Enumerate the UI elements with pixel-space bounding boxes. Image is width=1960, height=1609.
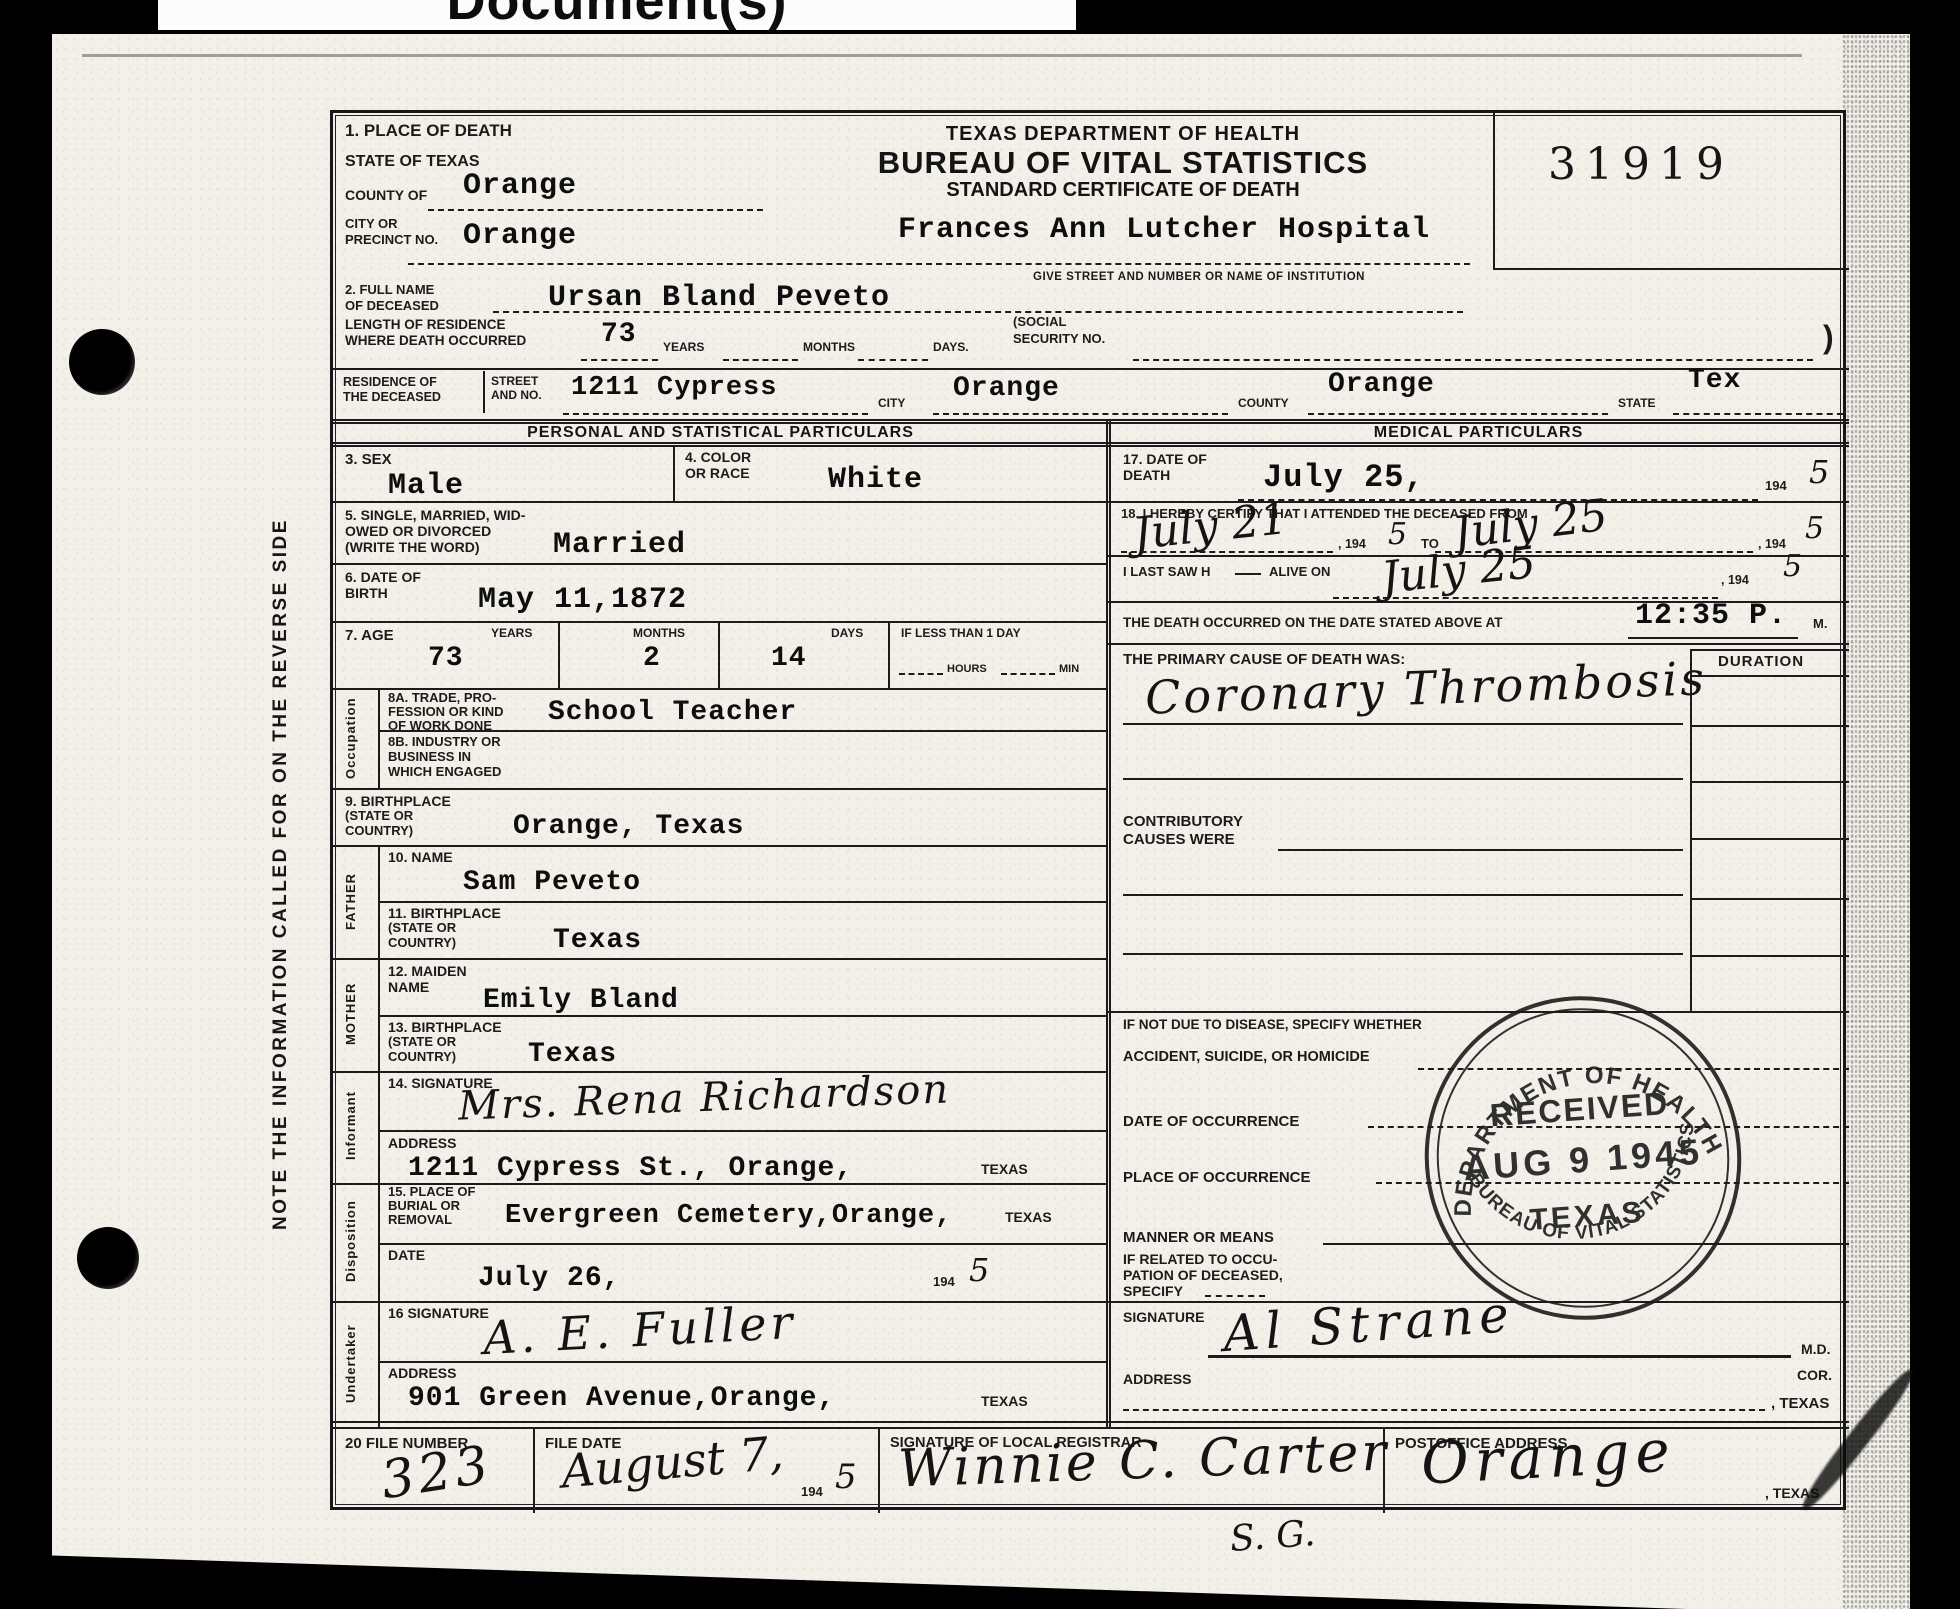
rule xyxy=(333,845,1108,847)
rule xyxy=(1690,898,1849,900)
footer-divider-1 xyxy=(533,1429,535,1513)
lor-dash-2 xyxy=(723,359,798,361)
occurred-time: 12:35 P. xyxy=(1635,599,1787,633)
title-dept: TEXAS DEPARTMENT OF HEALTH xyxy=(763,123,1483,146)
related-label-3: SPECIFY xyxy=(1123,1283,1183,1299)
color-label-1: 4. COLOR xyxy=(685,449,751,465)
occurred-label: THE DEATH OCCURRED ON THE DATE STATED AB… xyxy=(1123,615,1503,631)
institution-caption: GIVE STREET AND NUMBER OR NAME OF INSTIT… xyxy=(1033,271,1365,284)
dod-year-printed: 194 xyxy=(1765,479,1787,494)
rule xyxy=(1278,849,1683,851)
social-label-2: SECURITY NO. xyxy=(1013,332,1105,347)
res-county-value: Orange xyxy=(1328,369,1435,400)
rule xyxy=(378,1243,1108,1245)
hole-punch-top xyxy=(69,329,135,395)
lastsaw-year-printed: , 194 xyxy=(1721,573,1749,587)
dod-label-2: DEATH xyxy=(1123,467,1170,483)
burial-value: Evergreen Cemetery,Orange, xyxy=(505,1201,952,1231)
marital-value: Married xyxy=(553,528,686,562)
dob-value: May 11,1872 xyxy=(478,583,687,617)
maiden-label-2: NAME xyxy=(388,979,429,995)
rule xyxy=(378,901,1108,903)
birthplace-label-3: COUNTRY) xyxy=(345,824,413,839)
marital-label-1: 5. SINGLE, MARRIED, WID- xyxy=(345,507,525,523)
street-underline xyxy=(563,413,868,415)
tab-informant: Informant xyxy=(343,1073,375,1179)
father-bp-label-3: COUNTRY) xyxy=(388,936,456,951)
county-underline xyxy=(428,209,763,211)
undertaker-addr-value: 901 Green Avenue,Orange, xyxy=(408,1383,835,1414)
birthplace-label-2: (STATE OR xyxy=(345,809,413,824)
related-label-1: IF RELATED TO OCCU- xyxy=(1123,1251,1277,1267)
res-state-value: Tex xyxy=(1688,365,1741,396)
residence-label-1: RESIDENCE OF xyxy=(343,375,437,389)
color-label-2: OR RACE xyxy=(685,465,750,481)
file-date-year-printed: 194 xyxy=(801,1485,823,1500)
tab-occupation: Occupation xyxy=(343,691,375,785)
birthplace-label-1: 9. BIRTHPLACE xyxy=(345,793,451,809)
scan-grain-band xyxy=(1842,34,1910,1609)
cor-label: COR. xyxy=(1797,1367,1832,1383)
md-label: M.D. xyxy=(1801,1341,1831,1357)
industry-label-1: 8B. INDUSTRY OR xyxy=(388,735,501,750)
specify-underline xyxy=(1205,1295,1265,1297)
informant-addr-texas: TEXAS xyxy=(981,1161,1028,1177)
lor-dash-3 xyxy=(858,359,928,361)
birthplace-value: Orange, Texas xyxy=(513,811,744,842)
street-label-1: STREET xyxy=(491,375,538,389)
industry-label-3: WHICH ENGAGED xyxy=(388,765,501,780)
rule xyxy=(1690,955,1849,957)
registrar-signature: Winnie C. Carter xyxy=(897,1422,1390,1499)
to-year-hand: 5 xyxy=(1805,511,1824,546)
age-divider-1 xyxy=(558,621,560,688)
physician-sig-label: SIGNATURE xyxy=(1123,1309,1204,1325)
fullname-label-2: OF DECEASED xyxy=(345,299,439,314)
manner-label: MANNER OR MEANS xyxy=(1123,1229,1274,1246)
rule xyxy=(1123,778,1683,780)
mother-bp-label-1: 13. BIRTHPLACE xyxy=(388,1019,502,1035)
sex-label: 3. SEX xyxy=(345,451,392,468)
duration-box-top xyxy=(1690,649,1849,651)
days-label: DAYS. xyxy=(933,341,969,355)
county-value: Orange xyxy=(463,169,577,203)
accident-label: ACCIDENT, SUICIDE, OR HOMICIDE xyxy=(1123,1049,1370,1066)
dod-year-hand: 5 xyxy=(1809,453,1829,491)
residence-tick xyxy=(483,371,485,413)
received-stamp: DEPARTMENT OF HEALTH BUREAU OF VITAL STA… xyxy=(1413,988,1753,1328)
mother-bp-value: Texas xyxy=(528,1039,617,1070)
dateocc-label: DATE OF OCCURRENCE xyxy=(1123,1113,1299,1130)
section-band: PERSONAL AND STATISTICAL PARTICULARS MED… xyxy=(333,419,1849,447)
length-residence-value: 73 xyxy=(601,319,637,350)
age-months-value: 2 xyxy=(643,643,661,674)
rule xyxy=(378,1130,1108,1132)
age-days-value: 14 xyxy=(771,643,807,674)
medical-section-title: MEDICAL PARTICULARS xyxy=(1108,424,1849,442)
marital-label-3: (WRITE THE WORD) xyxy=(345,539,480,555)
contributory-label-1: CONTRIBUTORY xyxy=(1123,813,1243,830)
mother-bp-label-2: (STATE OR xyxy=(388,1035,456,1050)
hole-punch-bottom xyxy=(77,1227,139,1289)
tab-mother: MOTHER xyxy=(343,961,375,1067)
father-bp-value: Texas xyxy=(553,925,642,956)
rule xyxy=(1123,894,1683,896)
dob-label-1: 6. DATE OF xyxy=(345,569,421,585)
occurred-underline xyxy=(1628,637,1798,639)
street-value: 1211 Cypress xyxy=(571,373,777,403)
age-less-label: IF LESS THAN 1 DAY xyxy=(901,627,1021,641)
tab-strip-rule-1 xyxy=(378,688,380,788)
min-label: MIN xyxy=(1059,663,1079,676)
title-bureau: BUREAU OF VITAL STATISTICS xyxy=(763,145,1483,181)
rule xyxy=(1690,725,1849,727)
rule xyxy=(1123,953,1683,955)
top-banner: Document(s) xyxy=(158,0,1076,30)
burial-texas: TEXAS xyxy=(1005,1209,1052,1225)
rule xyxy=(333,621,1108,623)
rule xyxy=(333,563,1108,565)
dod-value: July 25, xyxy=(1263,459,1425,496)
res-city-label: CITY xyxy=(878,397,905,411)
undertaker-addr-texas: TEXAS xyxy=(981,1393,1028,1409)
title-standard: STANDARD CERTIFICATE OF DEATH xyxy=(763,179,1483,202)
age-divider-2 xyxy=(718,621,720,688)
dod-label-1: 17. DATE OF xyxy=(1123,451,1207,467)
column-divider xyxy=(1106,419,1111,1429)
rule xyxy=(333,1071,1108,1073)
ssn-underline xyxy=(1133,359,1813,361)
fullname-value: Ursan Bland Peveto xyxy=(548,281,890,315)
res-city-value: Orange xyxy=(953,373,1060,404)
institution-value: Frances Ann Lutcher Hospital xyxy=(898,213,1430,247)
length-residence-label-1: LENGTH OF RESIDENCE xyxy=(345,317,506,333)
physician-texas-label: , TEXAS xyxy=(1771,1395,1829,1412)
residence-label-2: THE DECEASED xyxy=(343,390,441,404)
rule xyxy=(1690,781,1849,783)
hours-label: HOURS xyxy=(947,663,987,676)
res-state-underline xyxy=(1673,413,1843,415)
sex-value: Male xyxy=(388,469,464,503)
res-state-label: STATE xyxy=(1618,397,1656,411)
maiden-label-1: 12. MAIDEN xyxy=(388,963,467,979)
father-name-label: 10. NAME xyxy=(388,849,453,865)
county-of-label: COUNTY OF xyxy=(345,187,427,203)
informant-signature: Mrs. Rena Richardson xyxy=(457,1066,950,1129)
trade-label-3: OF WORK DONE xyxy=(388,719,492,734)
social-paren-close: ) xyxy=(1823,319,1834,356)
placeocc-label: PLACE OF OCCURRENCE xyxy=(1123,1169,1311,1186)
certno-box-left-rule xyxy=(1493,113,1495,268)
to-year-printed: , 194 xyxy=(1758,537,1786,551)
city-value: Orange xyxy=(463,219,577,253)
social-label-1: (SOCIAL xyxy=(1013,315,1066,330)
tab-strip-rule-2 xyxy=(378,845,380,1429)
burial-label-3: REMOVAL xyxy=(388,1213,452,1228)
certno-box-bottom-rule xyxy=(1493,268,1849,270)
duration-label: DURATION xyxy=(1718,653,1804,670)
undertaker-signature: A. E. Fuller xyxy=(482,1295,798,1365)
age-divider-3 xyxy=(888,621,890,688)
m-label: M. xyxy=(1813,617,1827,632)
file-date-year-hand: 5 xyxy=(835,1457,857,1497)
fullname-underline xyxy=(493,311,1463,313)
res-county-label: COUNTY xyxy=(1238,397,1289,411)
lastsaw-year-hand: 5 xyxy=(1783,549,1802,584)
rule xyxy=(333,788,1108,790)
burial-year-printed: 194 xyxy=(933,1275,955,1290)
dob-label-2: BIRTH xyxy=(345,585,388,601)
tab-disposition: Disposition xyxy=(343,1185,375,1297)
street-label-2: AND NO. xyxy=(491,389,542,403)
age-days-label: DAYS xyxy=(831,627,863,641)
rule xyxy=(1108,643,1849,645)
lastsaw-dash xyxy=(1235,573,1261,575)
banner-label: Document(s) xyxy=(158,0,1076,30)
length-residence-label-2: WHERE DEATH OCCURRED xyxy=(345,333,526,349)
physician-sig-underline xyxy=(1208,1355,1791,1358)
city-underline xyxy=(408,263,1470,265)
tab-undertaker: Undertaker xyxy=(343,1303,375,1425)
rule xyxy=(1123,723,1683,725)
age-years-value: 73 xyxy=(428,643,464,674)
rule xyxy=(333,958,1108,960)
informant-addr-label: ADDRESS xyxy=(388,1135,456,1151)
certificate-number: 31919 xyxy=(1548,139,1733,190)
from-year-printed: , 194 xyxy=(1338,537,1366,551)
father-bp-label-1: 11. BIRTHPLACE xyxy=(388,905,501,921)
fullname-label-1: 2. FULL NAME xyxy=(345,283,434,298)
physician-addr-underline xyxy=(1123,1409,1765,1411)
postoffice-value: Orange xyxy=(1419,1416,1677,1497)
physician-addr-label: ADDRESS xyxy=(1123,1371,1191,1387)
tab-father: FATHER xyxy=(343,848,375,954)
undertaker-sig-label: 16 SIGNATURE xyxy=(388,1305,489,1321)
marital-label-2: OWED OR DIVORCED xyxy=(345,523,491,539)
place-of-death-label: 1. PLACE OF DEATH xyxy=(345,121,512,141)
undertaker-addr-label: ADDRESS xyxy=(388,1365,456,1381)
burial-date-label: DATE xyxy=(388,1247,425,1263)
res-county-underline xyxy=(1308,413,1608,415)
rule xyxy=(1690,675,1849,677)
death-certificate: 1. PLACE OF DEATH STATE OF TEXAS COUNTY … xyxy=(330,110,1846,1510)
color-value: White xyxy=(828,463,923,497)
years-label: YEARS xyxy=(663,341,704,355)
industry-label-2: BUSINESS IN xyxy=(388,750,471,765)
trade-value: School Teacher xyxy=(548,697,797,728)
mother-bp-label-3: COUNTRY) xyxy=(388,1050,456,1065)
burial-date-value: July 26, xyxy=(478,1263,620,1294)
scanned-paper: NOTE THE INFORMATION CALLED FOR ON THE R… xyxy=(52,34,1910,1609)
maiden-value: Emily Bland xyxy=(483,985,679,1016)
sex-color-divider xyxy=(673,445,675,501)
age-label: 7. AGE xyxy=(345,627,394,644)
informant-addr-value: 1211 Cypress St., Orange, xyxy=(408,1153,853,1184)
lastsaw-label-2: ALIVE ON xyxy=(1269,565,1330,580)
contributory-label-2: CAUSES WERE xyxy=(1123,831,1235,848)
scan-streak xyxy=(82,54,1802,57)
res-city-underline xyxy=(933,413,1228,415)
precinct-no-label: PRECINCT NO. xyxy=(345,233,438,248)
scanned-death-certificate-page: { "banner": { "text": "Document(s)" }, "… xyxy=(0,0,1960,1609)
burial-year-hand: 5 xyxy=(969,1251,989,1289)
footer-divider-2 xyxy=(878,1429,880,1513)
dod-underline xyxy=(1238,499,1758,501)
hours-dash xyxy=(899,673,943,675)
father-name-value: Sam Peveto xyxy=(463,867,641,898)
lor-dash-1 xyxy=(581,359,658,361)
related-label-2: PATION OF DECEASED, xyxy=(1123,1267,1283,1283)
months-label: MONTHS xyxy=(803,341,855,355)
min-dash xyxy=(1001,673,1055,675)
ifnot-label: IF NOT DUE TO DISEASE, SPECIFY WHETHER xyxy=(1123,1017,1422,1033)
state-of-texas-label: STATE OF TEXAS xyxy=(345,153,480,171)
rule xyxy=(1690,838,1849,840)
margin-note: NOTE THE INFORMATION CALLED FOR ON THE R… xyxy=(270,379,308,1369)
from-underline xyxy=(1121,551,1333,553)
age-years-label: YEARS xyxy=(491,627,532,641)
age-months-label: MONTHS xyxy=(633,627,685,641)
row-rule-residence-top xyxy=(333,368,1849,370)
registrar-initials: S. G. xyxy=(1229,1513,1317,1560)
attended-from-value: July 21 xyxy=(1131,493,1290,560)
city-or-label: CITY OR xyxy=(345,217,398,232)
from-year-hand: 5 xyxy=(1388,517,1407,552)
lastsaw-label-1: I LAST SAW H xyxy=(1123,565,1210,580)
personal-section-title: PERSONAL AND STATISTICAL PARTICULARS xyxy=(333,424,1108,442)
father-bp-label-2: (STATE OR xyxy=(388,921,456,936)
